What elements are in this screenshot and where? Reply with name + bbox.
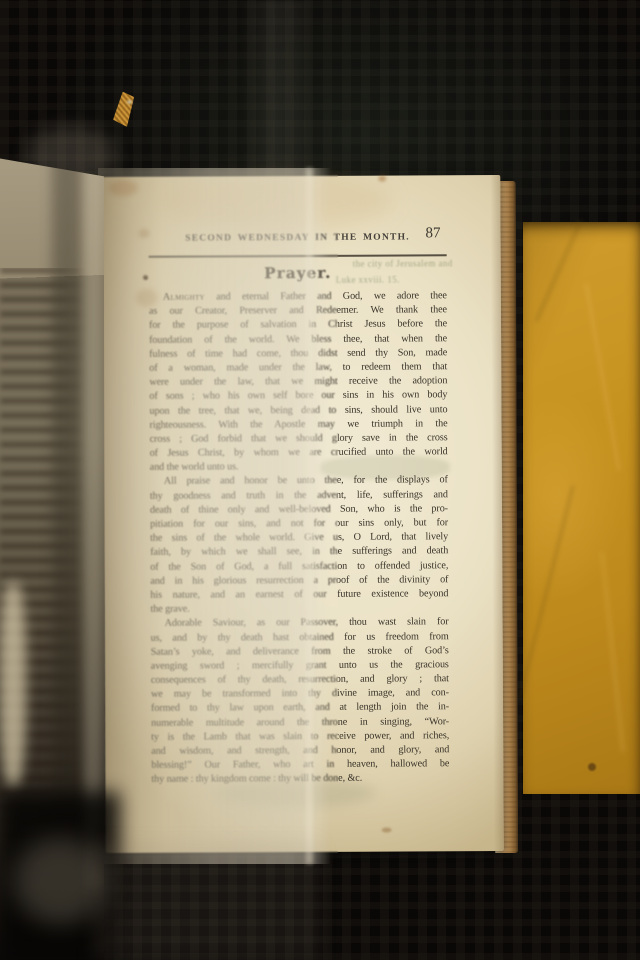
page-stain xyxy=(382,828,392,833)
page-fold-highlight xyxy=(84,148,102,888)
page-stain xyxy=(378,176,386,182)
page-number: 87 xyxy=(402,225,440,242)
cloth-crease xyxy=(585,283,621,471)
orange-cloth-cover xyxy=(523,222,640,794)
turning-page-haze xyxy=(240,0,314,182)
page-fold-shadow xyxy=(52,148,82,888)
book-photo: SECOND WEDNESDAY IN THE MONTH. 87 the ci… xyxy=(0,0,640,960)
turning-page-veil xyxy=(98,168,338,864)
cloth-crease xyxy=(518,485,574,699)
page-edge-sliver xyxy=(0,582,26,787)
turning-page-edge-highlight xyxy=(306,168,313,864)
page-wisp-bottom xyxy=(14,838,106,924)
cloth-crease xyxy=(535,220,582,322)
cloth-stain xyxy=(587,762,597,772)
cloth-fragment xyxy=(112,91,135,127)
cloth-crease xyxy=(601,552,625,751)
dust-speck xyxy=(127,100,132,104)
turning-page-haze-bottom xyxy=(92,842,320,960)
